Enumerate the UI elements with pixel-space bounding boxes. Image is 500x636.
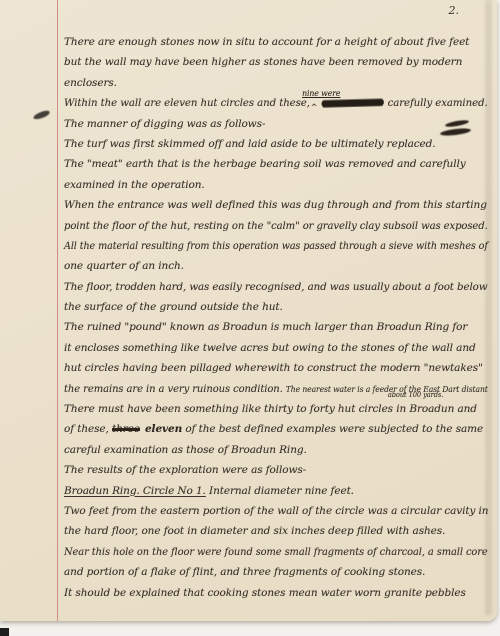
text-segment: one quarter of an inch. — [64, 260, 184, 272]
text-segment: of these, — [64, 423, 112, 435]
text-segment: examined in the operation. — [64, 179, 205, 191]
manuscript-line: The floor, trodden hard, was easily reco… — [64, 277, 479, 297]
manuscript-line: All the material resulting from this ope… — [64, 236, 451, 256]
manuscript-line: The "meat" earth that is the herbage bea… — [64, 154, 488, 174]
inserted-text-above-line: nine were — [302, 90, 340, 98]
text-segment: careful examination as those of Broadun … — [64, 444, 307, 456]
text-segment: the surface of the ground outside the hu… — [64, 301, 283, 313]
text-segment: Near this hole on the floor were found s… — [64, 546, 488, 558]
text-segment: of the best defined examples were subjec… — [182, 423, 483, 435]
scribbled-out-text — [321, 99, 383, 107]
manuscript-line: hut circles having been pillaged wherewi… — [64, 358, 488, 378]
manuscript-line: Broadun Ring. Circle No 1. Internal diam… — [64, 481, 488, 501]
manuscript-line: Within the wall are eleven hut circles a… — [64, 93, 476, 113]
manuscript-line: The ruined "pound" known as Broadun is m… — [64, 317, 488, 337]
struck-out-word: three — [112, 423, 140, 435]
text-segment-small: The nearest water is a feeder of the Eas… — [286, 385, 488, 394]
text-segment: but the wall may have been higher as sto… — [64, 56, 462, 68]
manuscript-line: There are enough stones now in situ to a… — [64, 32, 488, 52]
text-segment: hut circles having been pillaged wherewi… — [64, 362, 483, 374]
text-segment: All the material resulting from this ope… — [64, 240, 488, 252]
text-segment: Within the wall are eleven hut circles a… — [64, 97, 310, 109]
ink-smudge — [32, 110, 50, 121]
underlined-heading: Broadun Ring. Circle No 1. — [64, 485, 206, 497]
text-segment: The turf was first skimmed off and laid … — [64, 138, 436, 150]
text-segment: The "meat" earth that is the herbage bea… — [64, 158, 466, 170]
text-segment: carefully examined. — [388, 97, 488, 109]
emphasized-word: eleven — [145, 423, 182, 435]
manuscript-line: Near this hole on the floor were found s… — [64, 542, 463, 562]
manuscript-line: When the entrance was well defined this … — [64, 195, 488, 215]
manuscript-line: The manner of digging was as follows- — [64, 114, 488, 134]
manuscript-line: the surface of the ground outside the hu… — [64, 297, 488, 317]
manuscript-line: and portion of a flake of flint, and thr… — [64, 562, 488, 582]
text-segment: When the entrance was well defined this … — [64, 199, 487, 211]
text-segment: The manner of digging was as follows- — [64, 118, 265, 130]
red-margin-line — [57, 0, 58, 621]
manuscript-page: 2. There are enough stones now in situ t… — [0, 0, 497, 621]
handwritten-text-body: There are enough stones now in situ to a… — [64, 32, 488, 603]
manuscript-line: enclosers. — [64, 73, 488, 93]
page-number: 2. — [449, 4, 460, 17]
manuscript-line: There must have been something like thir… — [64, 399, 488, 419]
text-segment: It should be explained that cooking ston… — [64, 587, 466, 599]
text-segment: the remains are in a very ruinous condit… — [64, 383, 286, 395]
manuscript-line: of these, threeeleven of the best define… — [64, 419, 488, 439]
manuscript-line: point the floor of the hut, resting on t… — [64, 216, 470, 236]
marginal-note: about 100 yards. — [388, 391, 443, 399]
manuscript-line: the hard floor, one foot in diameter and… — [64, 521, 488, 541]
manuscript-line: The results of the exploration were as f… — [64, 460, 488, 480]
text-segment: The results of the exploration were as f… — [64, 464, 306, 476]
scan-background: 2. There are enough stones now in situ t… — [0, 0, 500, 636]
text-segment: The floor, trodden hard, was easily reco… — [64, 281, 487, 293]
manuscript-line: one quarter of an inch. — [64, 256, 488, 276]
text-segment: The ruined "pound" known as Broadun is m… — [64, 321, 467, 333]
manuscript-line: but the wall may have been higher as sto… — [64, 52, 488, 72]
text-segment: it encloses something like twelve acres … — [64, 342, 476, 354]
text-segment: enclosers. — [64, 77, 117, 89]
manuscript-line: The turf was first skimmed off and laid … — [64, 134, 488, 154]
manuscript-line: the remains are in a very ruinous condit… — [64, 379, 468, 399]
manuscript-line: careful examination as those of Broadun … — [64, 440, 488, 460]
manuscript-line: Two feet from the eastern portion of the… — [64, 501, 487, 521]
text-segment: point the floor of the hut, resting on t… — [64, 220, 488, 232]
text-segment: the hard floor, one foot in diameter and… — [64, 525, 445, 537]
manuscript-line: It should be explained that cooking ston… — [64, 583, 488, 603]
inserted-correction: ^nine were — [310, 98, 320, 108]
scan-corner-mark — [0, 628, 9, 636]
manuscript-line: examined in the operation. — [64, 175, 488, 195]
insertion-caret-icon: ^ — [311, 104, 317, 112]
text-segment: There are enough stones now in situ to a… — [64, 36, 469, 48]
text-segment: and portion of a flake of flint, and thr… — [64, 566, 425, 578]
text-segment: Internal diameter nine feet. — [206, 485, 354, 497]
manuscript-line: it encloses something like twelve acres … — [64, 338, 488, 358]
text-segment: There must have been something like thir… — [64, 403, 477, 415]
text-segment: Two feet from the eastern portion of the… — [64, 505, 488, 517]
